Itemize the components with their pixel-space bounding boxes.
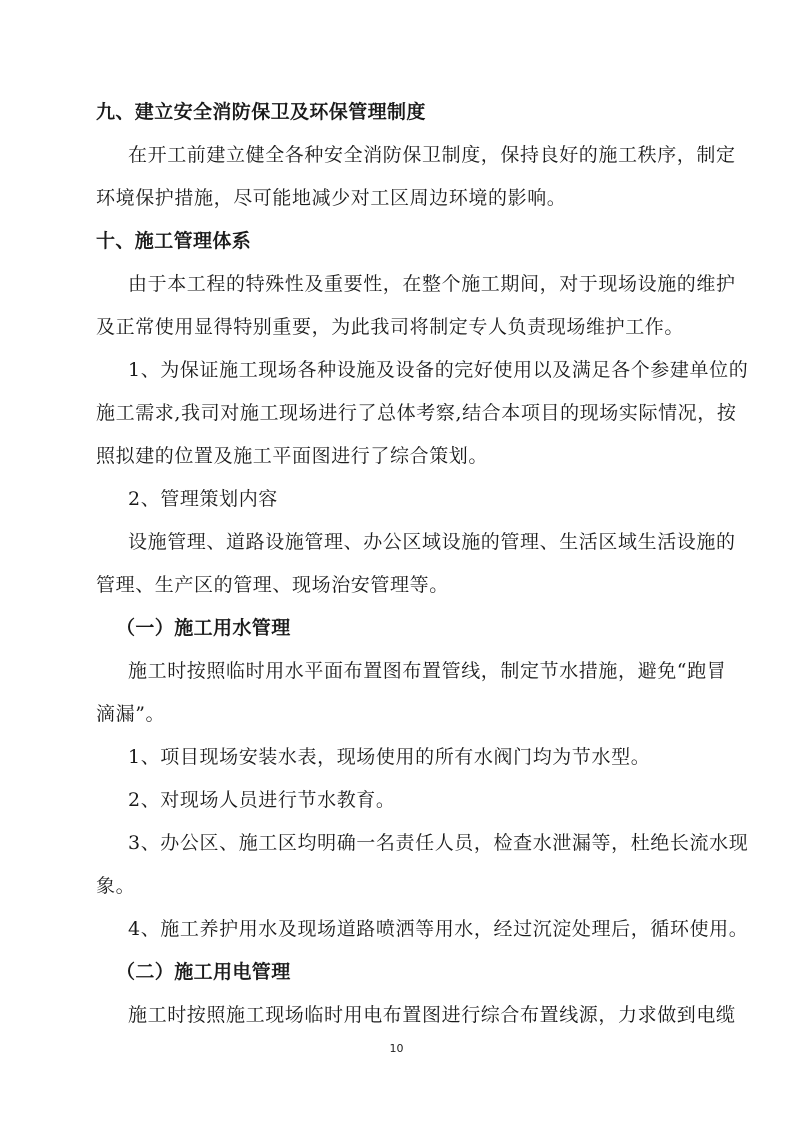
section-heading-9: 九、建立安全消防保卫及环保管理制度 bbox=[96, 100, 426, 124]
subsection-heading-water: （一）施工用水管理 bbox=[116, 616, 291, 640]
list-item-4: 4、施工养护用水及现场道路喷洒等用水，经过沉淀处理后，循环使用。 bbox=[128, 917, 748, 941]
subsection-heading-electricity: （二）施工用电管理 bbox=[116, 960, 291, 984]
paragraph-line: 施工时按照施工现场临时用电布置图进行综合布置线源，力求做到电缆 bbox=[128, 1003, 736, 1027]
list-item-1: 1、为保证施工现场各种设施及设备的完好使用以及满足各个参建单位的 bbox=[128, 358, 748, 382]
list-item-1: 1、项目现场安装水表，现场使用的所有水阀门均为节水型。 bbox=[128, 745, 650, 769]
paragraph-line: 在开工前建立健全各种安全消防保卫制度，保持良好的施工秩序，制定 bbox=[128, 143, 736, 167]
paragraph-line: 象。 bbox=[96, 874, 135, 898]
section-heading-10: 十、施工管理体系 bbox=[96, 229, 251, 253]
paragraph-line: 设施管理、道路设施管理、办公区域设施的管理、生活区域生活设施的 bbox=[128, 530, 736, 554]
paragraph-line: 环境保护措施，尽可能地减少对工区周边环境的影响。 bbox=[96, 186, 566, 210]
paragraph-line: 施工时按照临时用水平面布置图布置管线，制定节水措施，避免“跑冒 bbox=[128, 659, 726, 683]
list-item-2: 2、对现场人员进行节水教育。 bbox=[128, 788, 396, 812]
list-item-3: 3、办公区、施工区均明确一名责任人员，检查水泄漏等，杜绝长流水现 bbox=[128, 831, 748, 855]
list-item-2: 2、管理策划内容 bbox=[128, 487, 278, 511]
paragraph-line: 及正常使用显得特别重要，为此我司将制定专人负责现场维护工作。 bbox=[96, 315, 684, 339]
paragraph-line: 由于本工程的特殊性及重要性，在整个施工期间，对于现场设施的维护 bbox=[128, 272, 736, 296]
document-page: 九、建立安全消防保卫及环保管理制度 在开工前建立健全各种安全消防保卫制度，保持良… bbox=[0, 0, 793, 1122]
page-number: 10 bbox=[0, 1042, 793, 1055]
paragraph-line: 管理、生产区的管理、现场治安管理等。 bbox=[96, 573, 449, 597]
paragraph-line: 照拟建的位置及施工平面图进行了综合策划。 bbox=[96, 444, 488, 468]
paragraph-line: 滴漏”。 bbox=[96, 702, 165, 726]
paragraph-line: 施工需求,我司对施工现场进行了总体考察,结合本项目的现场实际情况，按 bbox=[96, 401, 736, 425]
